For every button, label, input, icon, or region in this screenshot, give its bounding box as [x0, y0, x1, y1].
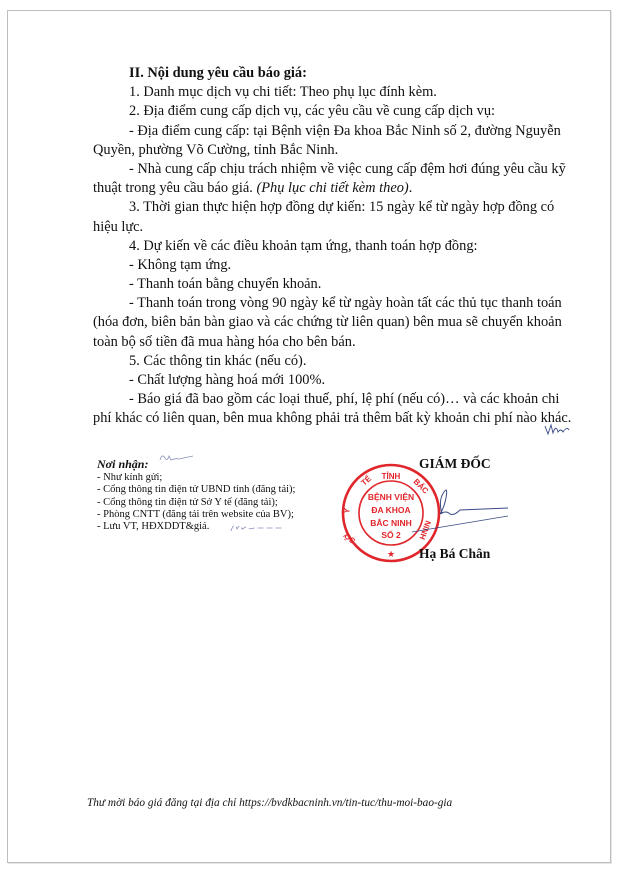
svg-text:Y: Y	[342, 507, 352, 514]
document-body: II. Nội dung yêu cầu báo giá: 1. Danh mụ…	[93, 64, 545, 429]
initials-signature-icon	[543, 420, 573, 440]
body-line: 3. Thời gian thực hiện hợp đồng dự kiến:…	[93, 198, 545, 217]
body-line: - Thanh toán trong vòng 90 ngày kể từ ng…	[93, 294, 545, 313]
svg-text:SỐ 2: SỐ 2	[381, 529, 401, 540]
signature-block: TỈNH TẾ Y BẮC NINH SỞ ★ BỆNH VIỆN ĐA KHO…	[330, 440, 550, 590]
recipient-item: - Như kính gửi;	[97, 472, 295, 484]
body-line: - Không tạm ứng.	[93, 256, 545, 275]
director-name: Hạ Bá Chân	[419, 546, 490, 562]
handwritten-signature-icon	[400, 480, 510, 540]
body-line: 4. Dự kiến về các điều khoản tạm ứng, th…	[93, 237, 545, 256]
body-lines: 1. Danh mục dịch vụ chi tiết: Theo phụ l…	[93, 83, 545, 428]
recipients-label: Nơi nhận	[97, 457, 144, 471]
svg-text:★: ★	[387, 550, 395, 560]
body-line: phí khác có liên quan, bên mua không phả…	[93, 409, 545, 428]
initials-mark-icon	[228, 519, 288, 535]
recipient-item: - Cổng thông tin điện tử Sở Y tế (đăng t…	[97, 497, 295, 509]
body-line: thuật trong yêu cầu báo giá. (Phụ lục ch…	[93, 179, 545, 198]
body-line: - Thanh toán bằng chuyển khoản.	[93, 275, 545, 294]
recipient-item: - Cổng thông tin điện tử UBND tỉnh (đăng…	[97, 484, 295, 496]
body-line: - Báo giá đã bao gồm các loại thuế, phí,…	[93, 390, 545, 409]
body-line: (hóa đơn, biên bản bàn giao và các chứng…	[93, 313, 545, 332]
body-line: 1. Danh mục dịch vụ chi tiết: Theo phụ l…	[93, 83, 545, 102]
body-line: - Địa điểm cung cấp: tại Bệnh viện Đa kh…	[93, 122, 545, 141]
body-line: Quyền, phường Võ Cường, tỉnh Bắc Ninh.	[93, 141, 545, 160]
body-line: 2. Địa điểm cung cấp dịch vụ, các yêu cầ…	[93, 102, 545, 121]
footer-note: Thư mời báo giá đăng tại địa chỉ https:/…	[87, 797, 452, 809]
svg-text:TỈNH: TỈNH	[382, 472, 401, 481]
body-line: toàn bộ số tiền đã mua hàng hóa cho bên …	[93, 333, 545, 352]
body-line: 5. Các thông tin khác (nếu có).	[93, 352, 545, 371]
body-line: hiệu lực.	[93, 218, 545, 237]
body-line: - Chất lượng hàng hoá mới 100%.	[93, 371, 545, 390]
initials-mark-icon	[157, 450, 197, 466]
section-heading: II. Nội dung yêu cầu báo giá:	[93, 64, 545, 83]
body-line: - Nhà cung cấp chịu trách nhiệm về việc …	[93, 160, 545, 179]
director-title: GIÁM ĐỐC	[419, 456, 491, 472]
